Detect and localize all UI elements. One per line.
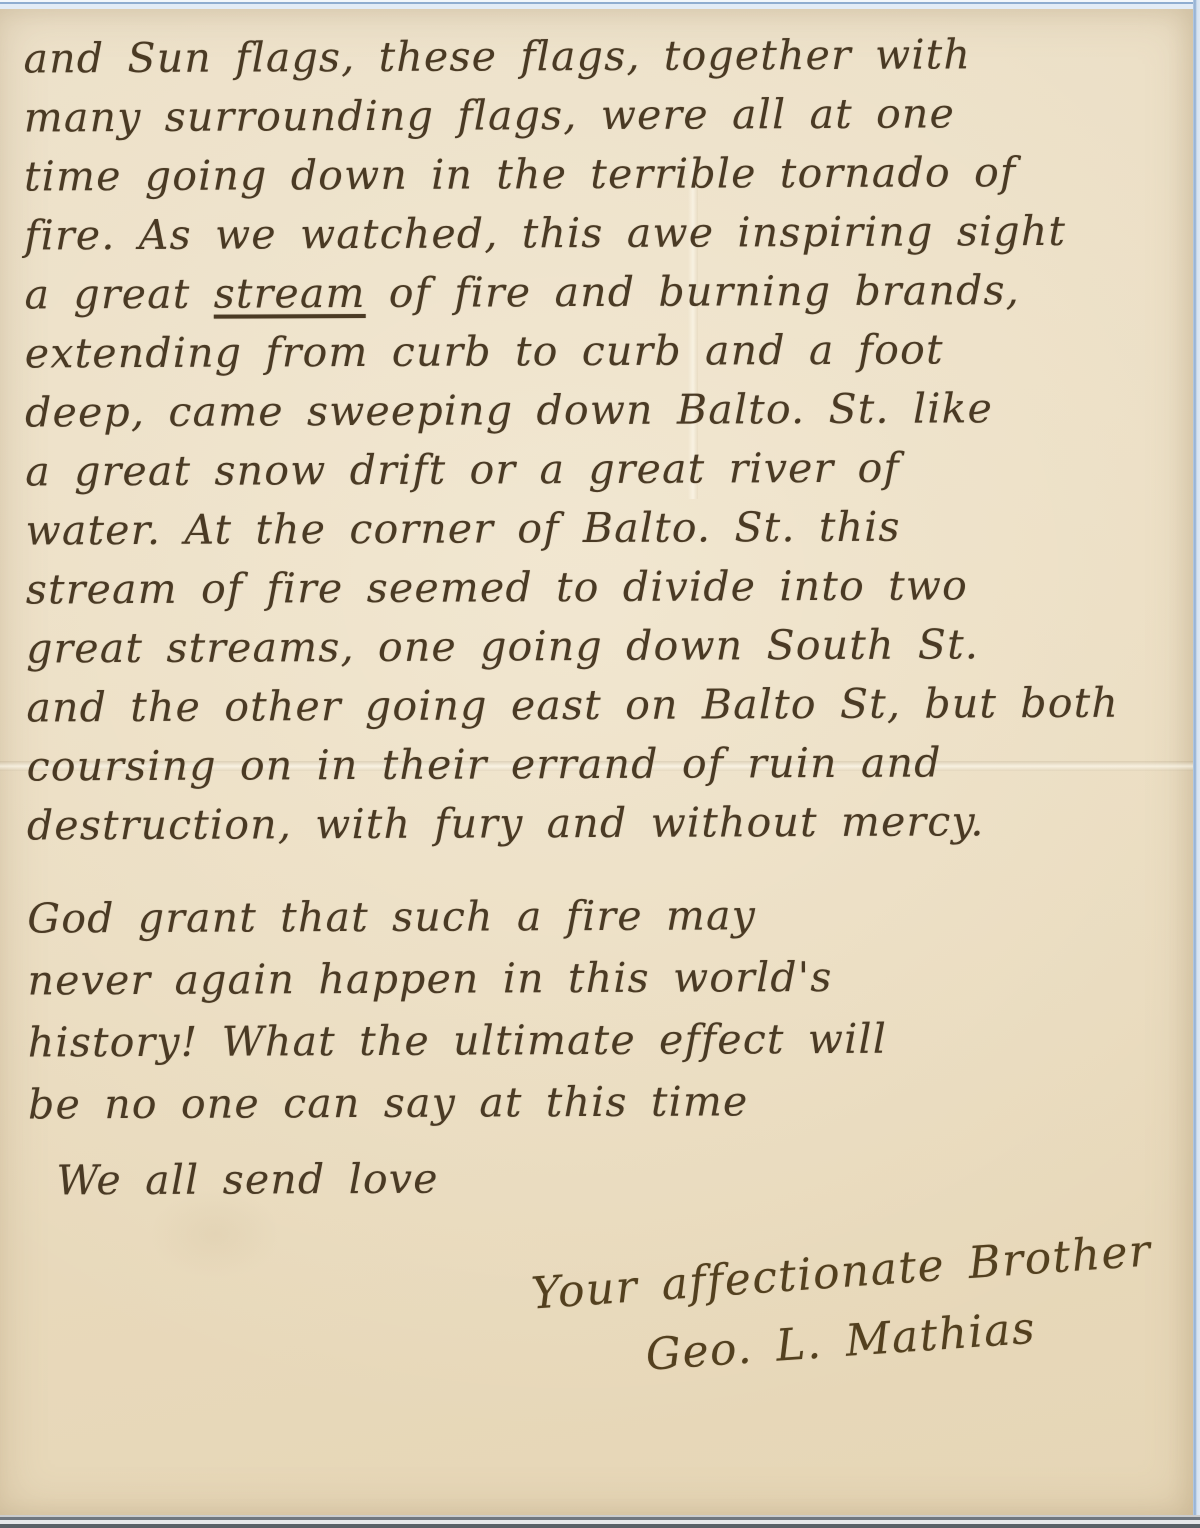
letter-paragraph: We all send love xyxy=(28,1147,1168,1211)
handwritten-line: stream of fire seemed to divide into two xyxy=(26,556,1166,620)
handwritten-line: history! What the ultimate effect will xyxy=(28,1007,1168,1074)
handwritten-line: fire. As we watched, this awe inspiring … xyxy=(24,202,1164,266)
letter-page: and Sun flags, these flags, together wit… xyxy=(0,9,1193,1515)
handwritten-line: a great snow drift or a great river of xyxy=(25,438,1165,502)
letter-paragraph: God grant that such a fire maynever agai… xyxy=(27,883,1168,1136)
handwritten-line: water. At the corner of Balto. St. this xyxy=(25,497,1165,561)
handwritten-line: great streams, one going down South St. xyxy=(26,615,1166,679)
handwritten-line: God grant that such a fire may xyxy=(27,883,1167,950)
scan-border-top xyxy=(0,0,1200,9)
letter-closing: Your affectionate Brother Geo. L. Mathia… xyxy=(530,1226,1157,1389)
scan-border-bottom xyxy=(0,1515,1200,1528)
handwritten-line: and the other going east on Balto St, bu… xyxy=(26,674,1166,738)
handwritten-line: be no one can say at this time xyxy=(28,1069,1168,1136)
handwritten-line: and Sun flags, these flags, together wit… xyxy=(23,25,1163,89)
handwritten-line: time going down in the terrible tornado … xyxy=(24,143,1164,207)
handwritten-line: coursing on in their errand of ruin and xyxy=(27,733,1167,797)
handwritten-line: extending from curb to curb and a foot xyxy=(25,320,1165,384)
handwritten-line: never again happen in this world's xyxy=(27,945,1167,1012)
handwritten-line: destruction, with fury and without mercy… xyxy=(27,792,1167,856)
underlined-word: stream xyxy=(214,269,366,318)
handwritten-line: many surrounding flags, were all at one xyxy=(24,84,1164,148)
scan-border-right xyxy=(1193,0,1200,1528)
letter-body: and Sun flags, these flags, together wit… xyxy=(23,25,1168,1211)
letter-paragraph: and Sun flags, these flags, together wit… xyxy=(23,25,1167,856)
handwritten-line: a great stream of fire and burning brand… xyxy=(24,261,1164,325)
handwritten-line: We all send love xyxy=(56,1147,1168,1211)
scanned-letter: and Sun flags, these flags, together wit… xyxy=(0,0,1200,1528)
handwritten-line: deep, came sweeping down Balto. St. like xyxy=(25,379,1165,443)
